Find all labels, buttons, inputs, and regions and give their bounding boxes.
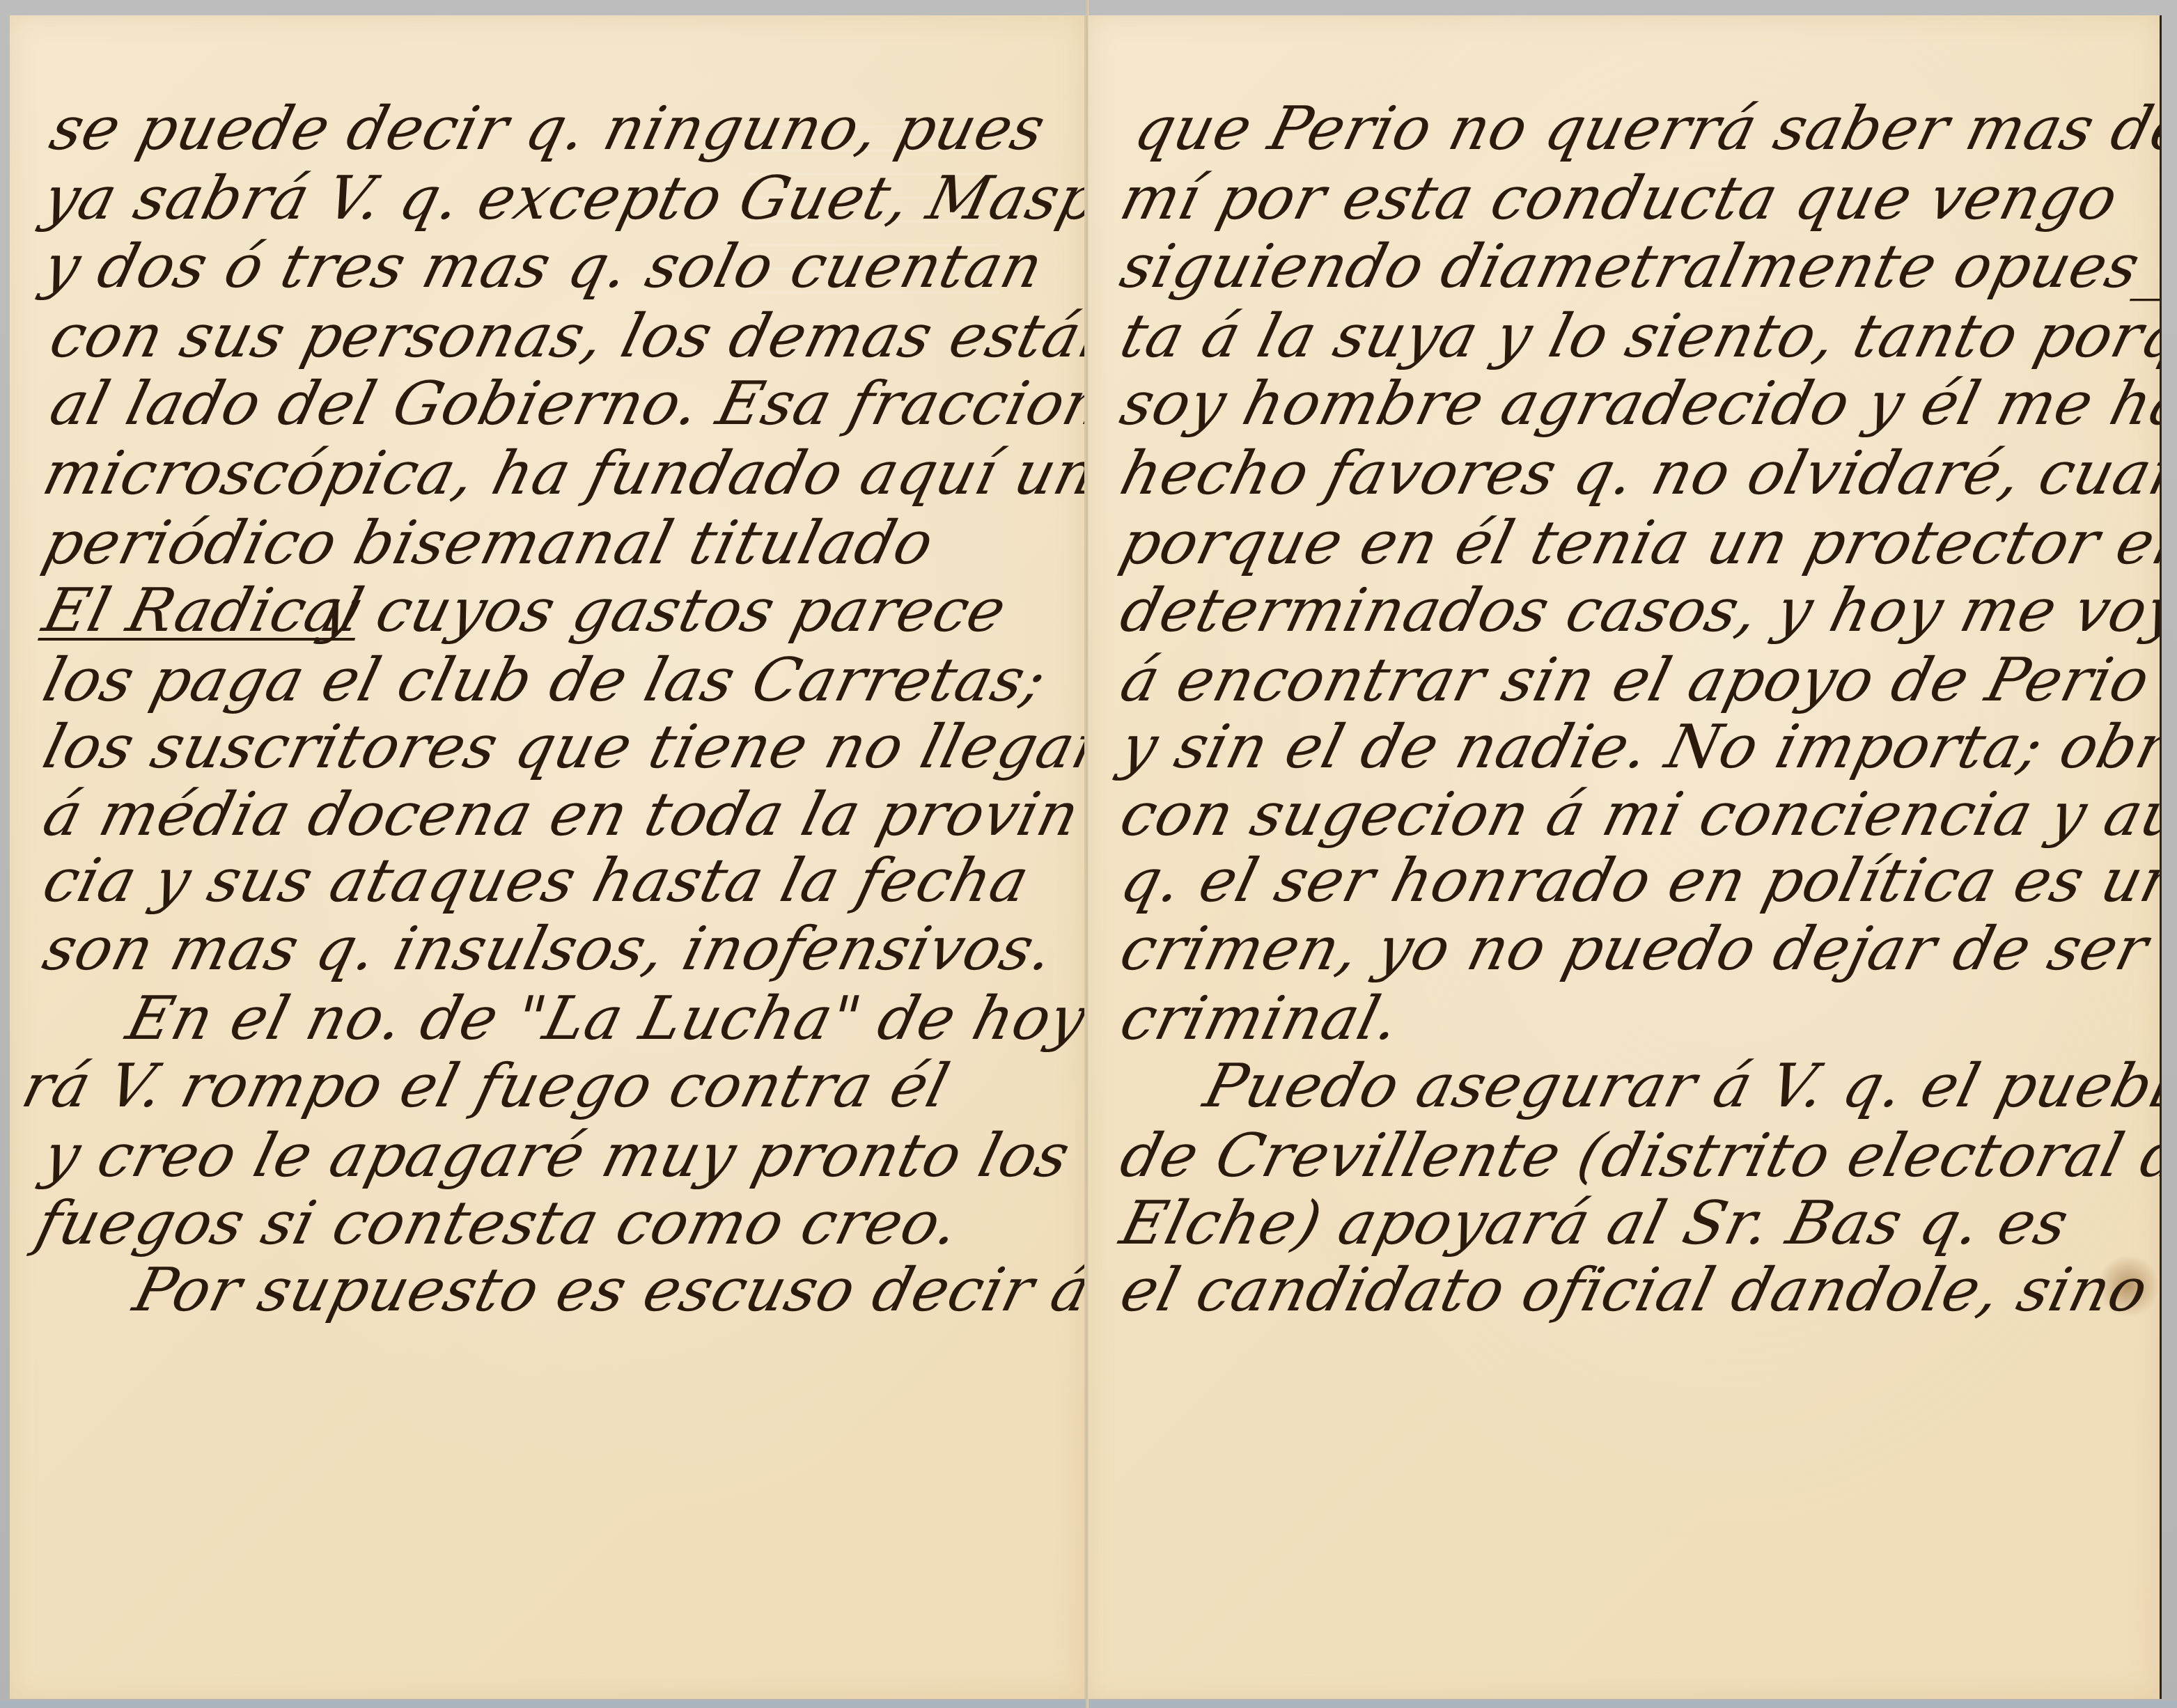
handwritten-line: Elche) apoyará al Sr. Bas q. es bbox=[1115, 1193, 2075, 1253]
right-page: que Perio no querrá saber mas de mí por … bbox=[1086, 15, 2162, 1699]
handwritten-line: de Crevillente (distrito electoral de bbox=[1115, 1126, 2162, 1186]
handwritten-line: ta á la suya y lo siento, tanto porq. bbox=[1115, 306, 2162, 366]
handwritten-line: hecho favores q. no olvidaré, cuanto bbox=[1115, 444, 2162, 503]
handwritten-line: los suscritores que tiene no llegan bbox=[38, 717, 1086, 777]
handwritten-line: á média docena en toda la provin bbox=[38, 785, 1086, 845]
handwritten-line: microscópica, ha fundado aquí un bbox=[38, 444, 1086, 503]
handwritten-line: cia y sus ataques hasta la fecha bbox=[38, 851, 1035, 911]
handwritten-line: y dos ó tres mas q. solo cuentan bbox=[38, 237, 1049, 297]
handwritten-line: Puedo asegurar á V. q. el pueblo bbox=[1199, 1056, 2162, 1116]
handwritten-line: soy hombre agradecido y él me ha bbox=[1115, 374, 2162, 434]
handwritten-line: y creo le apagaré muy pronto los bbox=[38, 1126, 1076, 1186]
handwritten-line: rá V. rompo el fuego contra él bbox=[17, 1056, 955, 1116]
handwritten-line: En el no. de "La Lucha" de hoy ve bbox=[121, 989, 1086, 1049]
handwritten-line: son mas q. insulsos, inofensivos. bbox=[38, 919, 1060, 979]
handwritten-line: ya sabrá V. q. excepto Guet, Maspons, bbox=[38, 169, 1086, 228]
handwritten-line: fuegos si contesta como creo. bbox=[31, 1193, 965, 1253]
handwritten-line: periódico bisemanal titulado bbox=[38, 513, 939, 573]
handwritten-line: al lado del Gobierno. Esa fraccion bbox=[45, 374, 1086, 434]
handwritten-line: mí por esta conducta que vengo bbox=[1115, 169, 2124, 228]
handwritten-line: crimen, yo no puedo dejar de ser bbox=[1115, 919, 2154, 979]
handwritten-line: y sin el de nadie. No importa; obro bbox=[1115, 717, 2162, 777]
handwritten-line: porque en él tenia un protector en bbox=[1115, 513, 2162, 573]
page-fold-crease bbox=[1086, 0, 1088, 1708]
handwritten-line: y cuyos gastos parece bbox=[316, 581, 1012, 641]
handwritten-line: q. el ser honrado en política es un bbox=[1115, 851, 2162, 911]
handwritten-line: el candidato oficial dandole, sino bbox=[1115, 1260, 2154, 1320]
handwritten-line: que Perio no querrá saber mas de bbox=[1129, 99, 2162, 159]
handwritten-line: con sugecion á mi conciencia y aun bbox=[1115, 785, 2162, 845]
handwritten-line: se puede decir q. ninguno, pues bbox=[45, 99, 1051, 159]
handwritten-line: criminal. bbox=[1115, 989, 1406, 1049]
handwritten-line: siguiendo diametralmente opues_ bbox=[1115, 237, 2162, 297]
handwritten-line: los paga el club de las Carretas; bbox=[38, 650, 1052, 710]
handwritten-line: determinados casos, y hoy me voy bbox=[1115, 581, 2162, 641]
handwritten-line: con sus personas, los demas están bbox=[45, 306, 1086, 366]
left-page: se puede decir q. ninguno, pues ya sabrá… bbox=[10, 15, 1086, 1699]
handwritten-line: á encontrar sin el apoyo de Perio bbox=[1115, 650, 2156, 710]
handwritten-line: Por supuesto es escuso decir á V. bbox=[128, 1260, 1086, 1320]
scanner-bottom-edge bbox=[0, 1701, 2177, 1708]
